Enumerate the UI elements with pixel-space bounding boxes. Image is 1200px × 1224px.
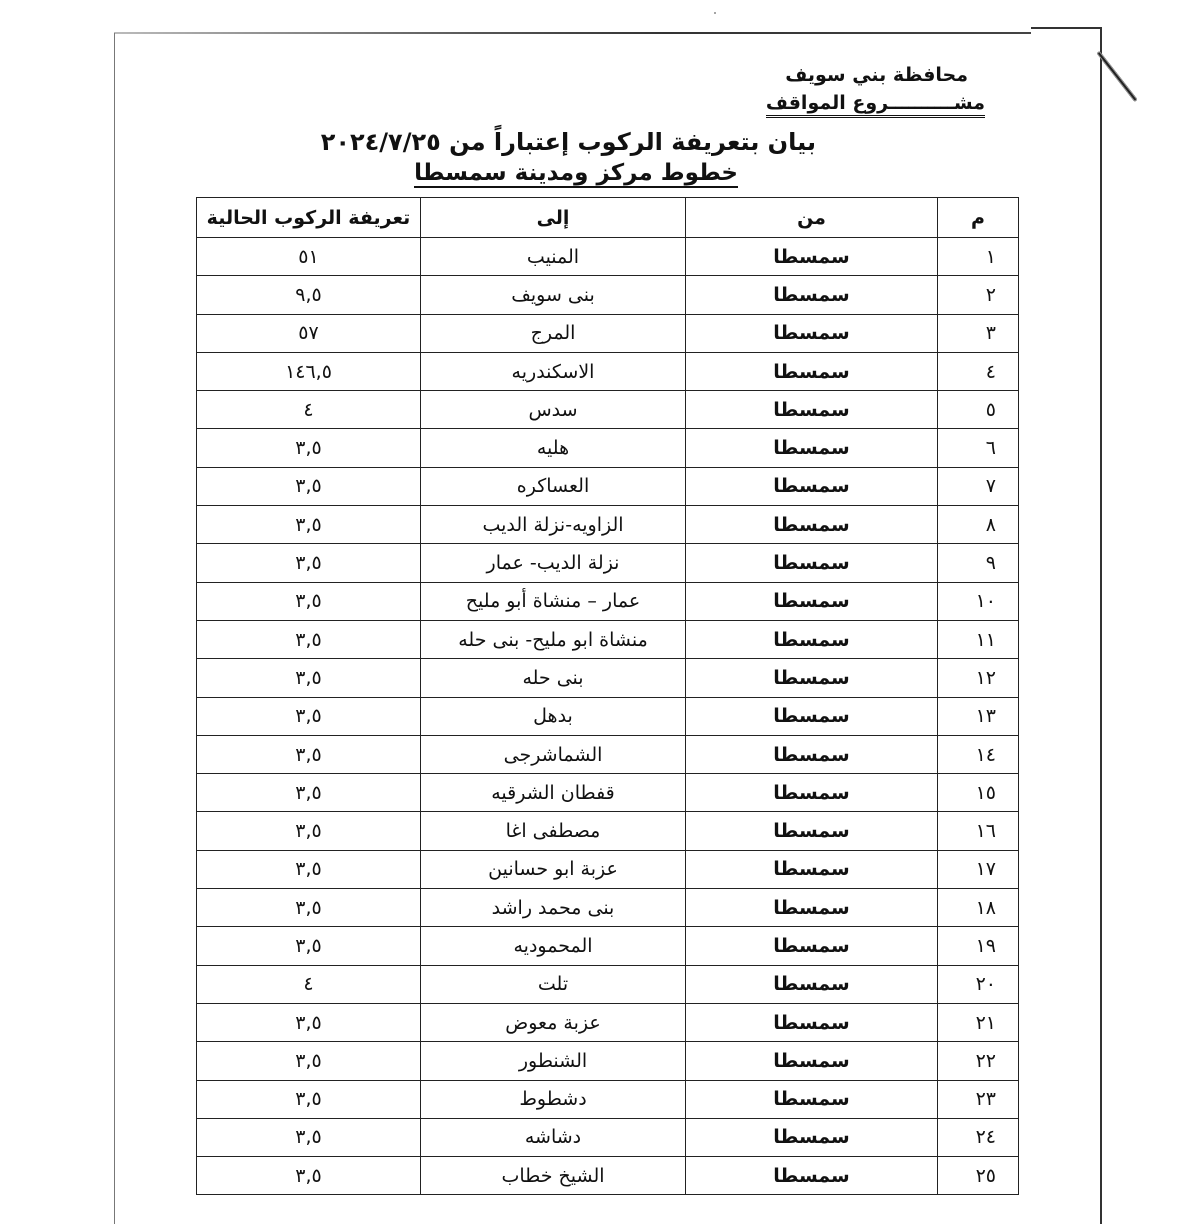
- fare-cell: ٥٧: [197, 314, 421, 352]
- destination-cell: دشطوط: [421, 1080, 686, 1118]
- row-number: ١: [938, 238, 1019, 276]
- table-row: ١٦سمسطامصطفى اغا٣,٥: [197, 812, 1019, 850]
- origin-cell: سمسطا: [686, 391, 938, 429]
- fare-cell: ٣,٥: [197, 735, 421, 773]
- origin-cell: سمسطا: [686, 582, 938, 620]
- origin-cell: سمسطا: [686, 659, 938, 697]
- fare-cell: ٣,٥: [197, 812, 421, 850]
- destination-cell: العساكره: [421, 467, 686, 505]
- destination-cell: عزبة ابو حسانين: [421, 850, 686, 888]
- destination-cell: الشماشرجى: [421, 735, 686, 773]
- row-number: ٢٥: [938, 1157, 1019, 1195]
- fare-cell: ٣,٥: [197, 544, 421, 582]
- destination-cell: مصطفى اغا: [421, 812, 686, 850]
- origin-cell: سمسطا: [686, 276, 938, 314]
- destination-cell: بنى حله: [421, 659, 686, 697]
- row-number: ١٥: [938, 774, 1019, 812]
- fare-cell: ٣,٥: [197, 1118, 421, 1156]
- destination-cell: الشنطور: [421, 1042, 686, 1080]
- fare-cell: ٣,٥: [197, 1157, 421, 1195]
- scan-speck: [714, 12, 716, 14]
- fare-cell: ٣,٥: [197, 659, 421, 697]
- table-row: ١سمسطاالمنيب٥١: [197, 238, 1019, 276]
- governorate-name: محافظة بني سويف: [785, 64, 968, 86]
- table-row: ١٠سمسطاعمار – منشاة أبو مليح٣,٥: [197, 582, 1019, 620]
- row-number: ٢٠: [938, 965, 1019, 1003]
- fare-cell: ٥١: [197, 238, 421, 276]
- table-row: ١٩سمسطاالمحموديه٣,٥: [197, 927, 1019, 965]
- destination-cell: المحموديه: [421, 927, 686, 965]
- row-number: ١٣: [938, 697, 1019, 735]
- row-number: ١٦: [938, 812, 1019, 850]
- table-body: ١سمسطاالمنيب٥١٢سمسطابنى سويف٩,٥٣سمسطاالم…: [197, 238, 1019, 1195]
- document-subtitle: خطوط مركز ومدينة سمسطا: [414, 160, 738, 188]
- destination-cell: المنيب: [421, 238, 686, 276]
- row-number: ٢٢: [938, 1042, 1019, 1080]
- fare-cell: ٣,٥: [197, 620, 421, 658]
- table-row: ٥سمسطاسدس٤: [197, 391, 1019, 429]
- table-row: ١٥سمسطاقفطان الشرقيه٣,٥: [197, 774, 1019, 812]
- origin-cell: سمسطا: [686, 774, 938, 812]
- origin-cell: سمسطا: [686, 544, 938, 582]
- row-number: ١٤: [938, 735, 1019, 773]
- fare-cell: ٣,٥: [197, 506, 421, 544]
- table-row: ١١سمسطامنشاة ابو مليح- بنى حله٣,٥: [197, 620, 1019, 658]
- fare-cell: ٣,٥: [197, 927, 421, 965]
- row-number: ٢٣: [938, 1080, 1019, 1118]
- fare-cell: ٣,٥: [197, 850, 421, 888]
- destination-cell: بنى سويف: [421, 276, 686, 314]
- fare-cell: ٣,٥: [197, 1080, 421, 1118]
- table-row: ٣سمسطاالمرج٥٧: [197, 314, 1019, 352]
- destination-cell: عمار – منشاة أبو مليح: [421, 582, 686, 620]
- table-row: ٢سمسطابنى سويف٩,٥: [197, 276, 1019, 314]
- origin-cell: سمسطا: [686, 735, 938, 773]
- table-row: ١٤سمسطاالشماشرجى٣,٥: [197, 735, 1019, 773]
- table-row: ٢٢سمسطاالشنطور٣,٥: [197, 1042, 1019, 1080]
- destination-cell: بدهل: [421, 697, 686, 735]
- origin-cell: سمسطا: [686, 467, 938, 505]
- fares-table: م من إلى تعريفة الركوب الحالية ١سمسطاالم…: [196, 197, 1019, 1195]
- origin-cell: سمسطا: [686, 506, 938, 544]
- row-number: ٢١: [938, 1003, 1019, 1041]
- fare-cell: ٣,٥: [197, 889, 421, 927]
- row-number: ٣: [938, 314, 1019, 352]
- origin-cell: سمسطا: [686, 1042, 938, 1080]
- row-number: ١١: [938, 620, 1019, 658]
- fare-cell: ٣,٥: [197, 1003, 421, 1041]
- pen-mark-icon: [1096, 51, 1137, 102]
- destination-cell: هليه: [421, 429, 686, 467]
- row-number: ٨: [938, 506, 1019, 544]
- table-row: ٦سمسطاهليه٣,٥: [197, 429, 1019, 467]
- origin-cell: سمسطا: [686, 850, 938, 888]
- row-number: ٥: [938, 391, 1019, 429]
- origin-cell: سمسطا: [686, 1157, 938, 1195]
- destination-cell: المرج: [421, 314, 686, 352]
- origin-cell: سمسطا: [686, 1080, 938, 1118]
- table-row: ٨سمسطاالزاويه-نزلة الديب٣,٥: [197, 506, 1019, 544]
- page-border-right: [1100, 27, 1102, 1224]
- row-number: ٤: [938, 352, 1019, 390]
- origin-cell: سمسطا: [686, 697, 938, 735]
- origin-cell: سمسطا: [686, 1118, 938, 1156]
- origin-cell: سمسطا: [686, 352, 938, 390]
- destination-cell: الشيخ خطاب: [421, 1157, 686, 1195]
- row-number: ٢٤: [938, 1118, 1019, 1156]
- document-title: بيان بتعريفة الركوب إعتباراً من ٢٠٢٤/٧/٢…: [321, 128, 816, 156]
- table-row: ٢٣سمسطادشطوط٣,٥: [197, 1080, 1019, 1118]
- row-number: ١٨: [938, 889, 1019, 927]
- column-header-to: إلى: [421, 198, 686, 238]
- table-row: ١٣سمسطابدهل٣,٥: [197, 697, 1019, 735]
- table-row: ١٧سمسطاعزبة ابو حسانين٣,٥: [197, 850, 1019, 888]
- origin-cell: سمسطا: [686, 620, 938, 658]
- column-header-from: من: [686, 198, 938, 238]
- table-row: ١٢سمسطابنى حله٣,٥: [197, 659, 1019, 697]
- fare-cell: ٣,٥: [197, 1042, 421, 1080]
- fare-cell: ٣,٥: [197, 429, 421, 467]
- table-row: ٩سمسطانزلة الديب- عمار٣,٥: [197, 544, 1019, 582]
- origin-cell: سمسطا: [686, 965, 938, 1003]
- table-row: ٤سمسطاالاسكندريه١٤٦,٥: [197, 352, 1019, 390]
- destination-cell: الاسكندريه: [421, 352, 686, 390]
- origin-cell: سمسطا: [686, 314, 938, 352]
- table-row: ٧سمسطاالعساكره٣,٥: [197, 467, 1019, 505]
- destination-cell: الزاويه-نزلة الديب: [421, 506, 686, 544]
- row-number: ٢: [938, 276, 1019, 314]
- origin-cell: سمسطا: [686, 1003, 938, 1041]
- fare-cell: ٣,٥: [197, 467, 421, 505]
- table-row: ٢٥سمسطاالشيخ خطاب٣,٥: [197, 1157, 1019, 1195]
- destination-cell: سدس: [421, 391, 686, 429]
- row-number: ١٧: [938, 850, 1019, 888]
- fare-cell: ٤: [197, 391, 421, 429]
- destination-cell: نزلة الديب- عمار: [421, 544, 686, 582]
- row-number: ١٩: [938, 927, 1019, 965]
- fare-cell: ٣,٥: [197, 582, 421, 620]
- table-row: ٢١سمسطاعزبة معوض٣,٥: [197, 1003, 1019, 1041]
- destination-cell: دشاشه: [421, 1118, 686, 1156]
- fare-cell: ١٤٦,٥: [197, 352, 421, 390]
- destination-cell: عزبة معوض: [421, 1003, 686, 1041]
- origin-cell: سمسطا: [686, 238, 938, 276]
- origin-cell: سمسطا: [686, 927, 938, 965]
- fare-cell: ٩,٥: [197, 276, 421, 314]
- destination-cell: منشاة ابو مليح- بنى حله: [421, 620, 686, 658]
- row-number: ٧: [938, 467, 1019, 505]
- project-name: مشــــــــــروع المواقف: [766, 92, 985, 118]
- fare-cell: ٣,٥: [197, 697, 421, 735]
- page-border-left: [114, 33, 115, 1224]
- origin-cell: سمسطا: [686, 889, 938, 927]
- column-header-fare: تعريفة الركوب الحالية: [197, 198, 421, 238]
- destination-cell: بنى محمد راشد: [421, 889, 686, 927]
- fare-cell: ٤: [197, 965, 421, 1003]
- row-number: ٦: [938, 429, 1019, 467]
- row-number: ١٢: [938, 659, 1019, 697]
- table-header-row: م من إلى تعريفة الركوب الحالية: [197, 198, 1019, 238]
- row-number: ١٠: [938, 582, 1019, 620]
- destination-cell: تلت: [421, 965, 686, 1003]
- page-border-top: [114, 32, 1031, 34]
- origin-cell: سمسطا: [686, 812, 938, 850]
- fare-cell: ٣,٥: [197, 774, 421, 812]
- table-row: ١٨سمسطابنى محمد راشد٣,٥: [197, 889, 1019, 927]
- page-border-top-right: [1031, 27, 1101, 29]
- row-number: ٩: [938, 544, 1019, 582]
- origin-cell: سمسطا: [686, 429, 938, 467]
- table-row: ٢٤سمسطادشاشه٣,٥: [197, 1118, 1019, 1156]
- destination-cell: قفطان الشرقيه: [421, 774, 686, 812]
- column-header-num: م: [938, 198, 1019, 238]
- table-row: ٢٠سمسطاتلت٤: [197, 965, 1019, 1003]
